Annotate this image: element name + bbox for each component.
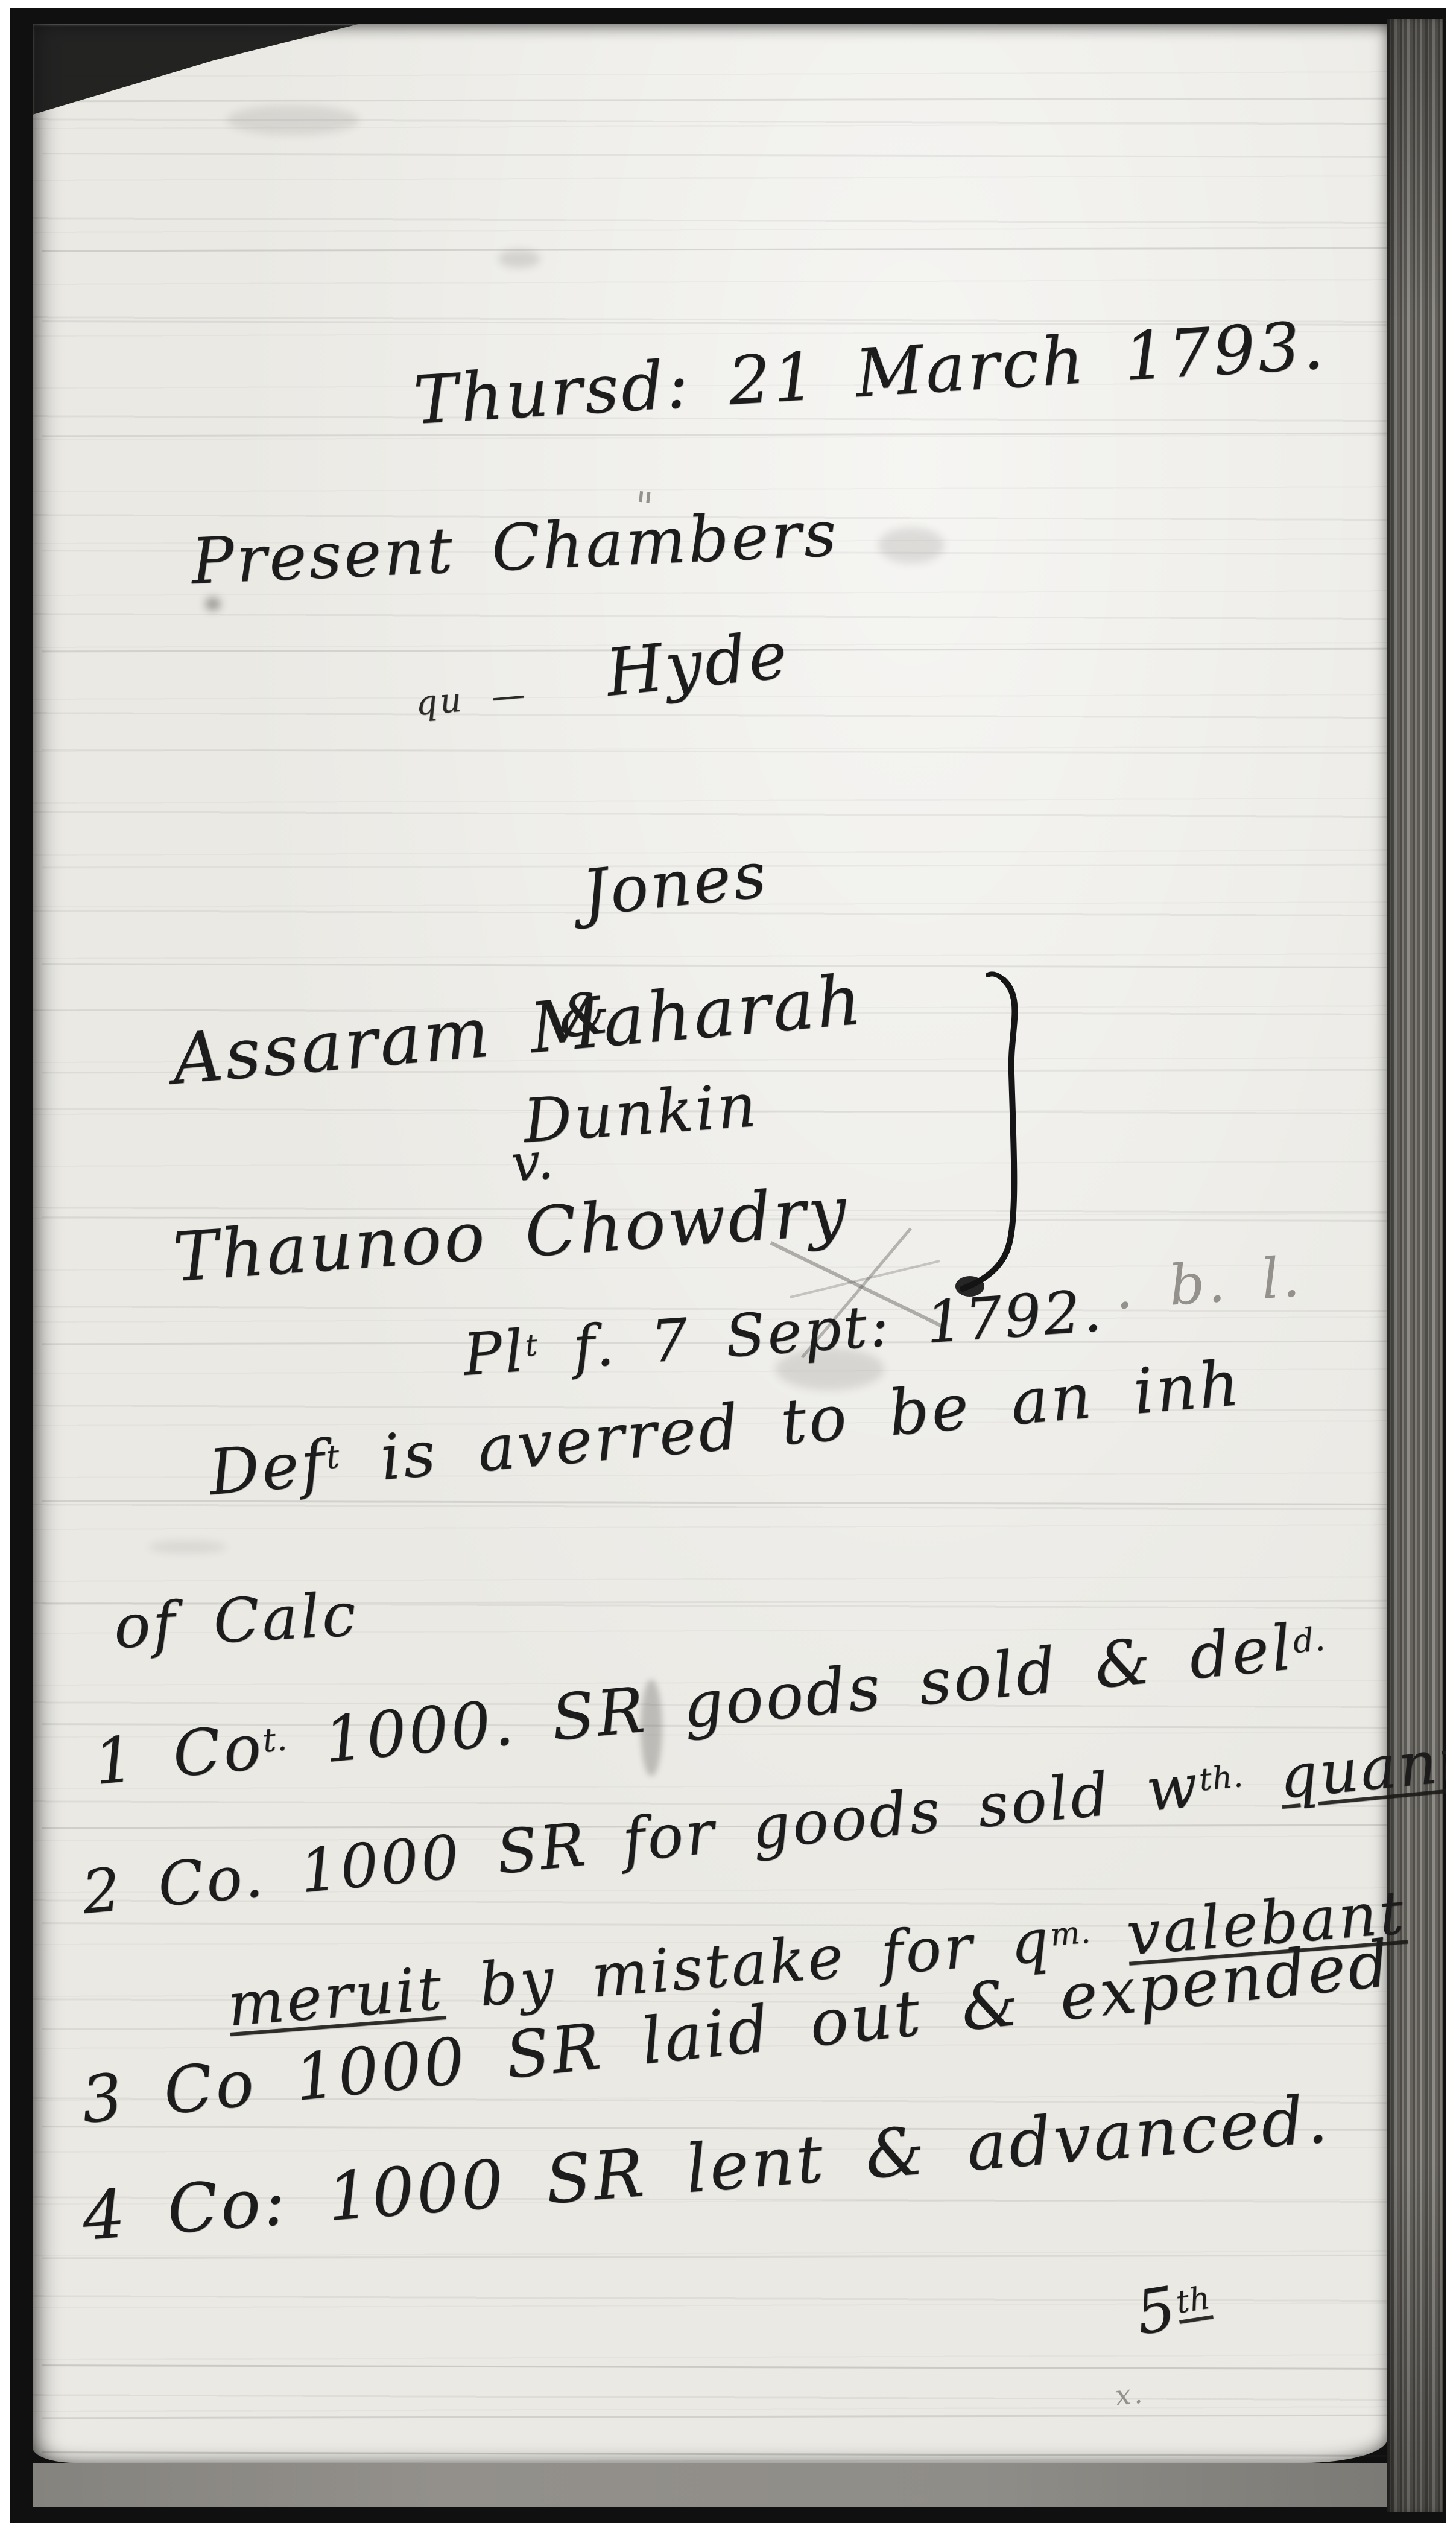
plea-filed-pre: Pl [461,1317,528,1389]
page-mark: 5th [1132,2267,1217,2349]
count-1-sup1: t. [261,1720,289,1760]
smudge [878,527,945,564]
manuscript-scan-page: { "page": { "heading_date": "Thursd: 21 … [0,0,1456,2534]
count-2-cont-sup: m. [1049,1914,1092,1953]
ink-blot [205,597,221,611]
smudge [227,105,359,135]
scan-frame: Thursd: 21 March 1793. " Present Chamber… [10,8,1446,2523]
stray-mark: x. [1113,2377,1146,2412]
averment-continuation: of Calc [112,1579,360,1662]
versus: v. [508,1131,557,1194]
bottom-page-edge-band [33,2463,1387,2507]
smudge [148,1541,227,1553]
faded-initials: . b. l. [1113,1245,1304,1322]
page-mark-ordinal: th [1174,2280,1213,2321]
averment-pre: Def [206,1426,329,1510]
count-1-sup2: d. [1291,1619,1328,1660]
book-page-edges [1387,19,1443,2512]
count-2-sup: th. [1197,1758,1245,1799]
smudge [498,250,540,268]
